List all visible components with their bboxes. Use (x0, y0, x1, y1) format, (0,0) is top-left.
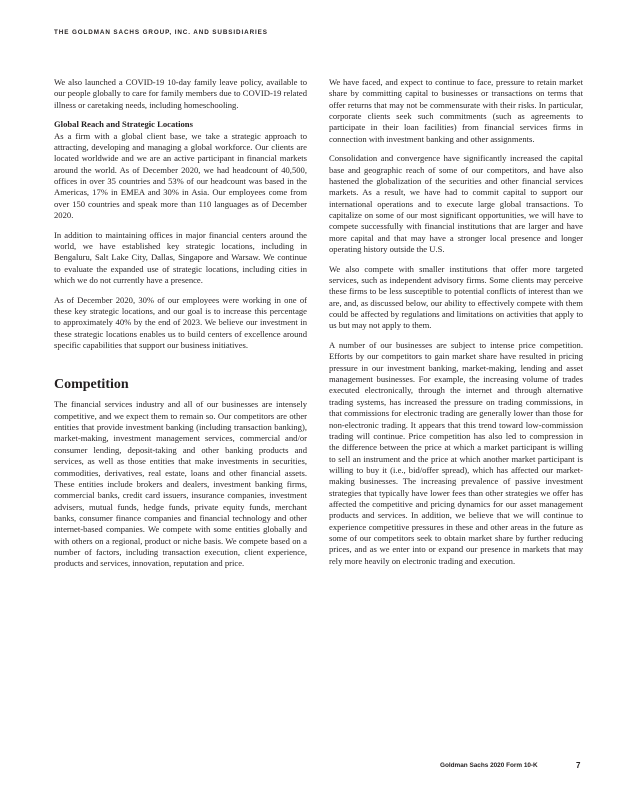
paragraph-global-reach-body: As a firm with a global client base, we … (54, 131, 307, 220)
left-column: We also launched a COVID-19 10-day famil… (54, 77, 307, 578)
paragraph-price-competition: A number of our businesses are subject t… (329, 340, 583, 567)
paragraph-consolidation: Consolidation and convergence have signi… (329, 153, 583, 255)
right-column: We have faced, and expect to continue to… (329, 77, 583, 575)
running-header: The Goldman Sachs Group, Inc. and Subsid… (54, 29, 268, 36)
paragraph-market-share-pressure: We have faced, and expect to continue to… (329, 77, 583, 145)
paragraph-family-leave: We also launched a COVID-19 10-day famil… (54, 77, 307, 111)
page-footer: Goldman Sachs 2020 Form 10-K 7 (440, 762, 538, 769)
footer-doc-title: Goldman Sachs 2020 Form 10-K (440, 762, 538, 769)
paragraph-strategic-locations: In addition to maintaining offices in ma… (54, 230, 307, 287)
subheading-global-reach: Global Reach and Strategic Locations (54, 119, 307, 130)
paragraph-strategic-locations-goal: As of December 2020, 30% of our employee… (54, 295, 307, 352)
paragraph-global-reach: Global Reach and Strategic Locations As … (54, 119, 307, 221)
page-number: 7 (576, 761, 580, 770)
paragraph-competition-intro: The financial services industry and all … (54, 399, 307, 569)
section-heading-competition: Competition (54, 377, 307, 393)
paragraph-smaller-institutions: We also compete with smaller institution… (329, 264, 583, 332)
